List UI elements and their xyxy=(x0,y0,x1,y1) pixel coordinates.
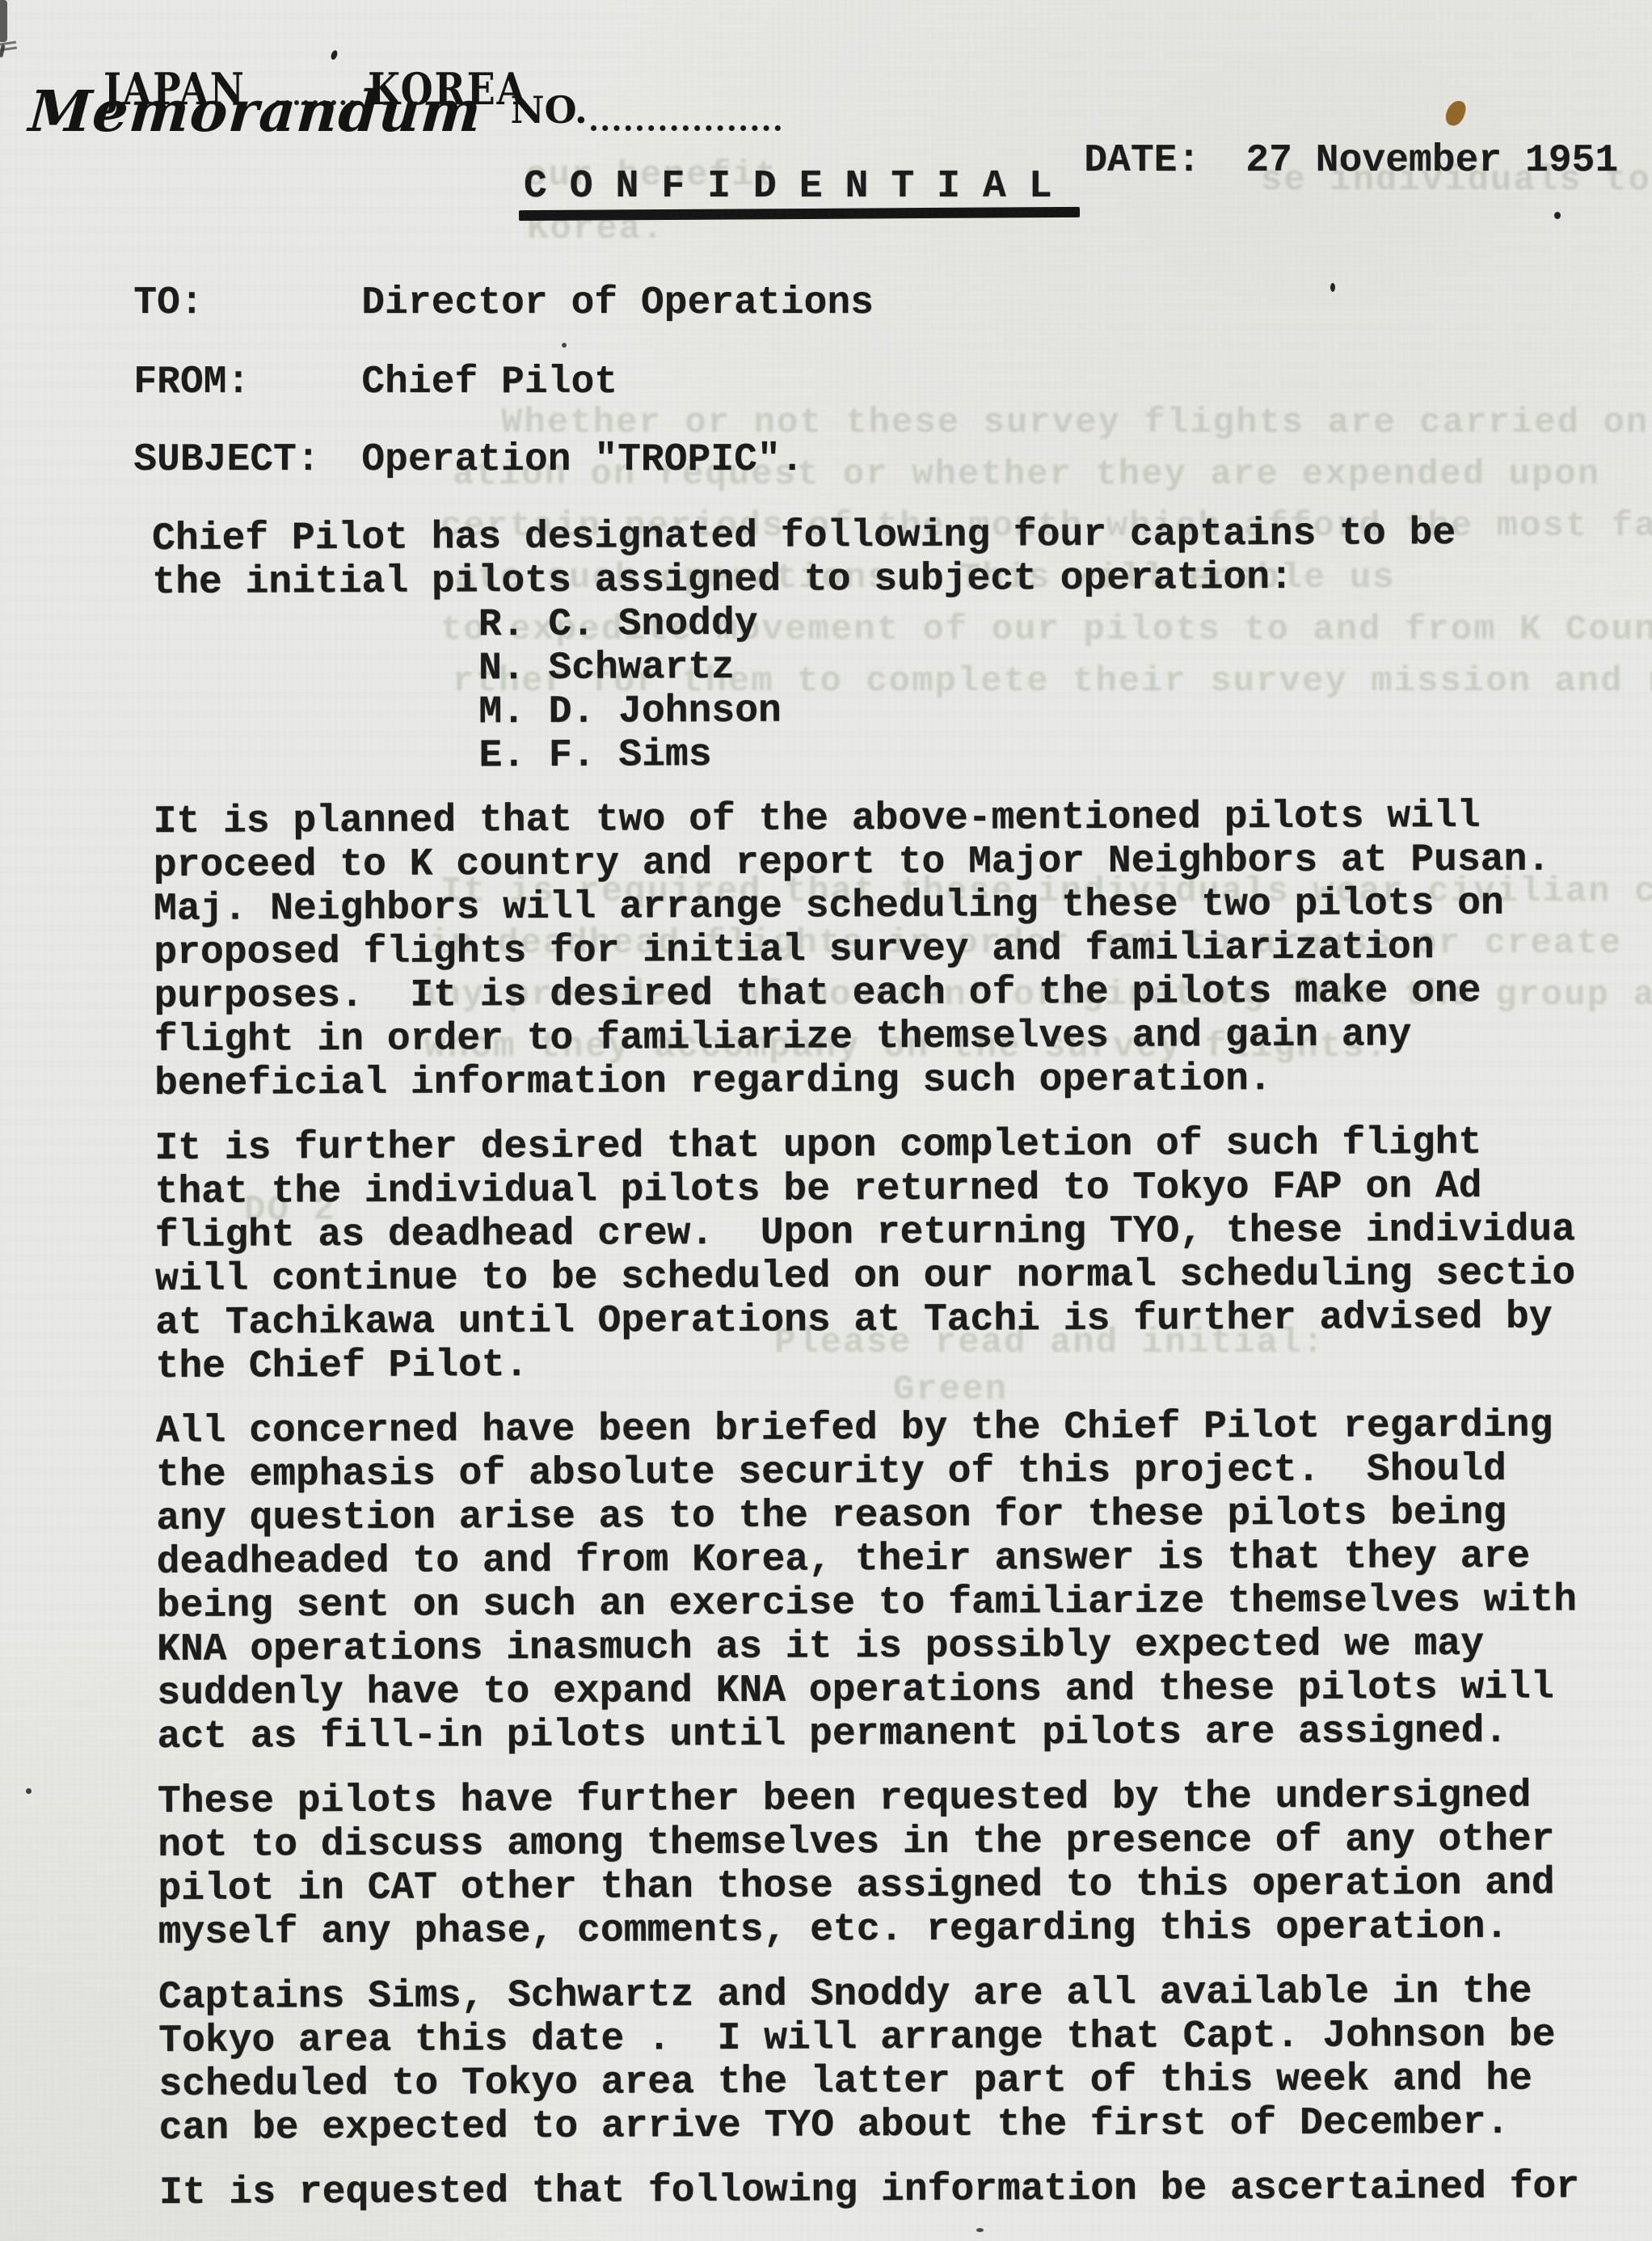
body-text-line: Captains Sims, Schwartz and Snoddy are a… xyxy=(158,1969,1652,2019)
ink-speck xyxy=(976,2228,984,2232)
body-text-line: at Tachikawa until Operations at Tachi i… xyxy=(155,1295,1652,1345)
body-text-line: beneficial information regarding such op… xyxy=(154,1056,1652,1106)
body-text-line: act as fill-in pilots until permanent pi… xyxy=(157,1709,1652,1759)
body-text-line: the Chief Pilot. xyxy=(155,1339,1652,1389)
memorandum-label: Memorandum xyxy=(27,78,484,145)
body-text-line: deadheaded to and from Korea, their answ… xyxy=(157,1534,1652,1585)
body-text-line: scheduled to Tokyo area the latter part … xyxy=(158,2057,1652,2107)
paragraph-discussion-restriction: These pilots have further been requested… xyxy=(158,1774,1652,1955)
body-text-line: proceed to K country and report to Major… xyxy=(154,838,1652,888)
date-label: DATE: xyxy=(1084,139,1200,183)
subject-value: Operation "TROPIC". xyxy=(361,438,803,482)
memo-document-page: our benefitse individuals toKorea.Whethe… xyxy=(0,0,1652,2241)
memorandum-header: Memorandum NO. xyxy=(29,78,781,145)
paragraph-information-request: It is requested that following informati… xyxy=(159,2165,1652,2215)
body-text-line: proposed flights for initial survey and … xyxy=(154,925,1652,975)
body-text-line: M. D. Johnson xyxy=(153,686,1652,736)
stray-ink-mark xyxy=(0,44,6,58)
paragraph-survey-flights: It is planned that two of the above-ment… xyxy=(154,794,1652,1106)
body-text-line: N. Schwartz xyxy=(153,642,1652,692)
body-text-line: It is requested that following informati… xyxy=(159,2165,1652,2215)
paragraph-availability: Captains Sims, Schwartz and Snoddy are a… xyxy=(158,1969,1652,2150)
classification-stamp: CONFIDENTIAL xyxy=(524,165,1075,209)
body-text-line: being sent on such an exercise to famili… xyxy=(157,1578,1652,1628)
body-text-line: Chief Pilot has designated following fou… xyxy=(152,511,1652,561)
body-text-line: R. C. Snoddy xyxy=(152,598,1652,648)
scan-edge-artifact xyxy=(0,0,7,42)
date-value: 27 November 1951 xyxy=(1245,139,1618,183)
body-text-line: These pilots have further been requested… xyxy=(158,1774,1652,1824)
date-row: DATE:27 November 1951 xyxy=(991,95,1618,226)
body-text-line: the initial pilots assigned to subject o… xyxy=(152,555,1652,605)
body-text-line: It is planned that two of the above-ment… xyxy=(154,794,1652,844)
body-text-line: KNA operations inasmuch as it is possibl… xyxy=(157,1622,1652,1672)
body-text-line: can be expected to arrive TYO about the … xyxy=(159,2100,1652,2150)
body-text-line: It is further desired that upon completi… xyxy=(154,1120,1652,1171)
paragraph-return-to-tokyo: It is further desired that upon completi… xyxy=(154,1120,1652,1389)
body-text-line: E. F. Sims xyxy=(153,729,1652,779)
body-text-line: flight as deadhead crew. Upon returning … xyxy=(155,1208,1652,1258)
subject-row: SUBJECT:Operation "TROPIC". xyxy=(40,395,804,525)
paragraph-security-briefing: All concerned have been briefed by the C… xyxy=(156,1403,1652,1759)
memo-body: Chief Pilot has designated following fou… xyxy=(152,511,1652,2236)
body-text-line: the emphasis of absolute security of thi… xyxy=(156,1447,1652,1497)
body-text-line: All concerned have been briefed by the C… xyxy=(156,1403,1652,1454)
subject-label: SUBJECT: xyxy=(133,438,361,482)
paragraph-designated-pilots: Chief Pilot has designated following fou… xyxy=(152,511,1652,779)
ink-speck xyxy=(1554,212,1561,219)
ink-speck xyxy=(562,343,567,348)
body-text-line: that the individual pilots be returned t… xyxy=(155,1164,1652,1214)
body-text-line: flight in order to familiarize themselve… xyxy=(154,1012,1652,1062)
body-text-line: myself any phase, comments, etc. regardi… xyxy=(158,1905,1652,1955)
body-text-line: suddenly have to expand KNA operations a… xyxy=(157,1665,1652,1716)
body-text-line: Tokyo area this date . I will arrange th… xyxy=(158,2013,1652,2063)
body-text-line: purposes. It is desired that each of the… xyxy=(154,969,1652,1019)
memo-number-leader-line xyxy=(591,93,781,131)
body-text-line: pilot in CAT other than those assigned t… xyxy=(158,1861,1652,1911)
ink-speck xyxy=(1330,283,1335,292)
ink-speck xyxy=(1208,1837,1213,1842)
body-text-line: will continue to be scheduled on our nor… xyxy=(155,1251,1652,1302)
body-text-line: Maj. Neighbors will arrange scheduling t… xyxy=(154,881,1652,931)
body-text-line: not to discuss among themselves in the p… xyxy=(158,1817,1652,1867)
body-text-line: any question arise as to the reason for … xyxy=(156,1491,1652,1541)
memo-number-label: NO. xyxy=(510,88,587,132)
ink-speck xyxy=(26,1788,32,1794)
